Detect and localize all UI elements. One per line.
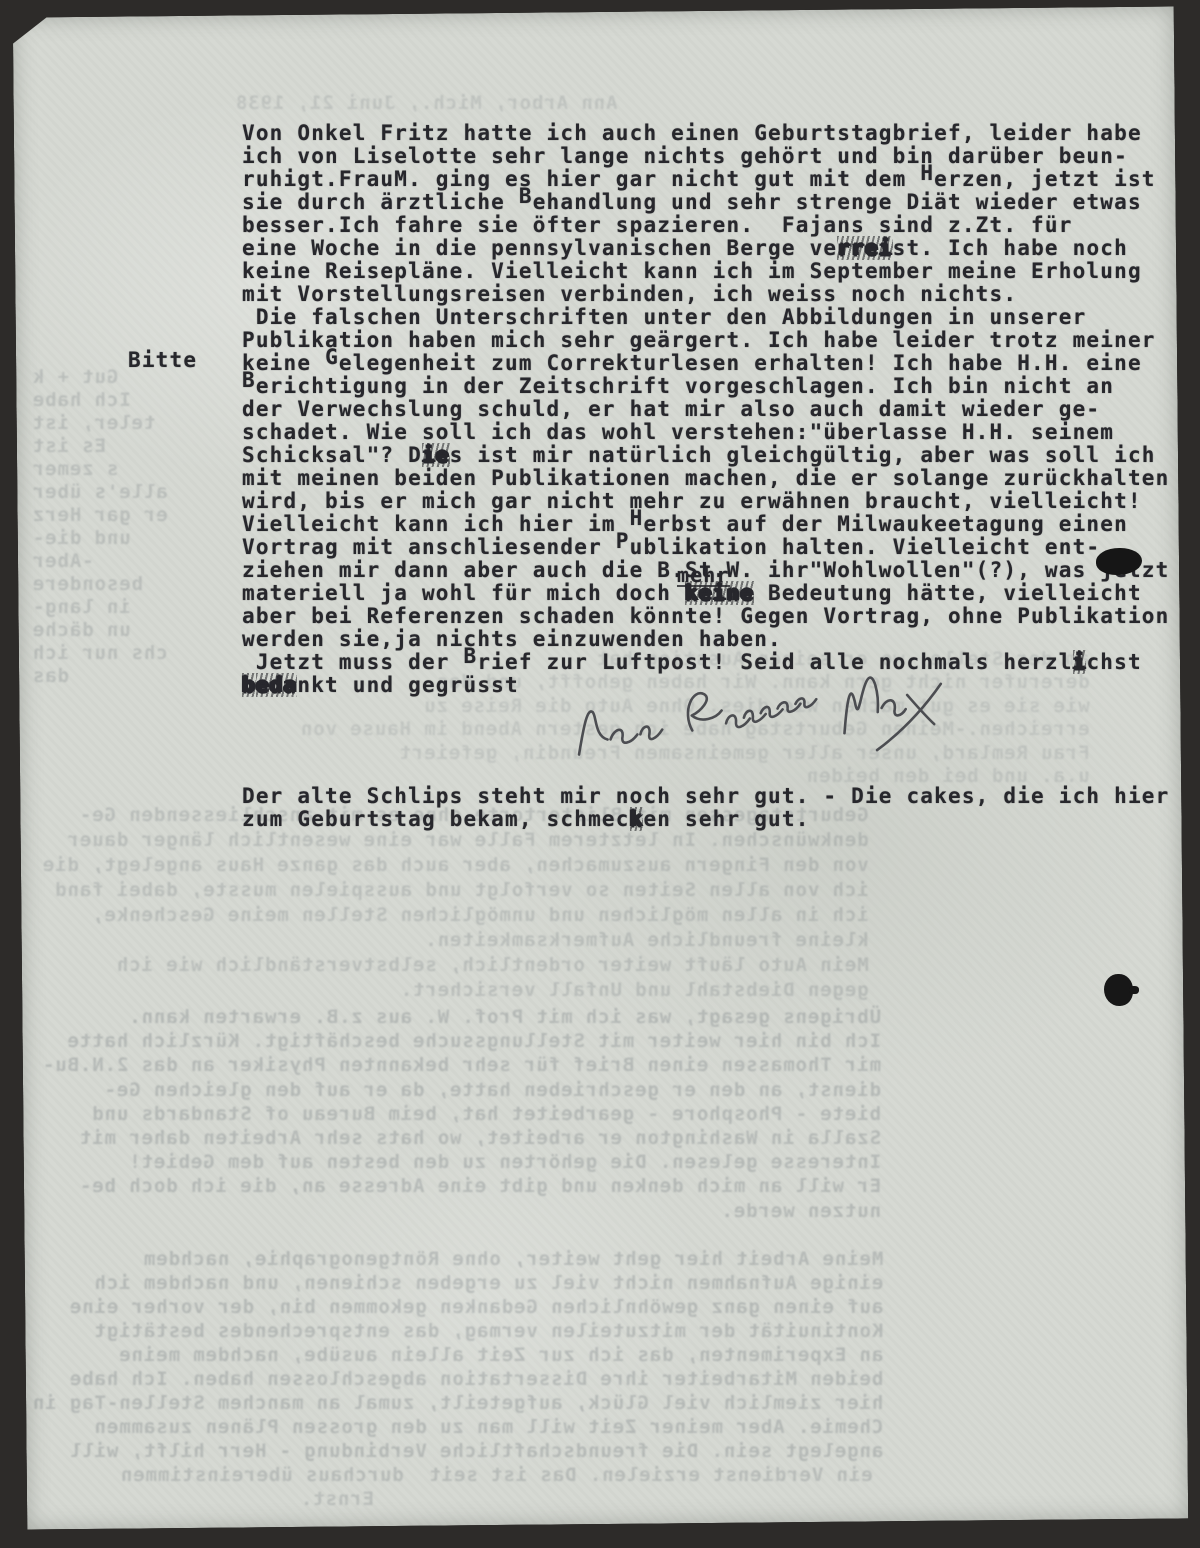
paper-sheet (13, 6, 1188, 1529)
scanned-letter-page: { "scan": { "background_color": "#2d2b29… (0, 0, 1200, 1548)
